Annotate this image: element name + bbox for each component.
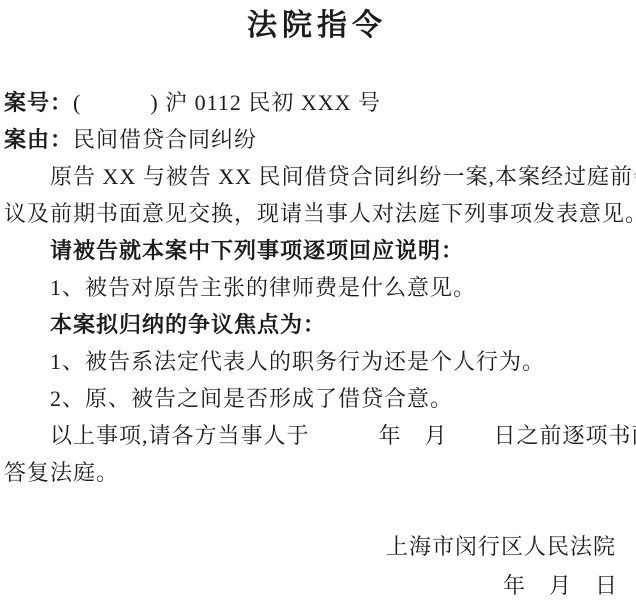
case-number-value: ( ) 沪 0112 民初 XXX 号: [73, 90, 381, 115]
case-number-line: 案号：( ) 沪 0112 民初 XXX 号: [4, 84, 630, 121]
respond-item-1: 1、被告对原告主张的律师费是什么意见。: [4, 269, 630, 306]
closing-paragraph-line-1: 以上事项,请各方当事人于 年 月 日之前逐项书面: [4, 417, 630, 454]
case-number-label: 案号：: [4, 90, 73, 115]
dispute-item-1: 1、被告系法定代表人的职务行为还是个人行为。: [4, 343, 630, 380]
case-cause-label: 案由：: [4, 127, 73, 152]
dispute-item-2: 2、原、被告之间是否形成了借贷合意。: [4, 380, 630, 417]
document-title: 法院指令: [4, 4, 630, 48]
court-name-signature: 上海市闵行区人民法院: [4, 528, 630, 565]
case-cause-value: 民间借贷合同纠纷: [73, 127, 257, 152]
dispute-focus-heading: 本案拟归纳的争议焦点为：: [4, 306, 630, 343]
intro-paragraph-line-2: 议及前期书面意见交换，现请当事人对法庭下列事项发表意见。: [4, 195, 630, 232]
court-directive-document: 法院指令 案号：( ) 沪 0112 民初 XXX 号 案由：民间借贷合同纠纷 …: [0, 0, 636, 604]
date-blank-line: 年 月 日: [4, 567, 630, 604]
intro-paragraph-line-1: 原告 XX 与被告 XX 民间借贷合同纠纷一案,本案经过庭前会: [4, 158, 630, 195]
respond-heading: 请被告就本案中下列事项逐项回应说明：: [4, 232, 630, 269]
case-cause-line: 案由：民间借贷合同纠纷: [4, 121, 630, 158]
closing-paragraph-line-2: 答复法庭。: [4, 454, 630, 491]
